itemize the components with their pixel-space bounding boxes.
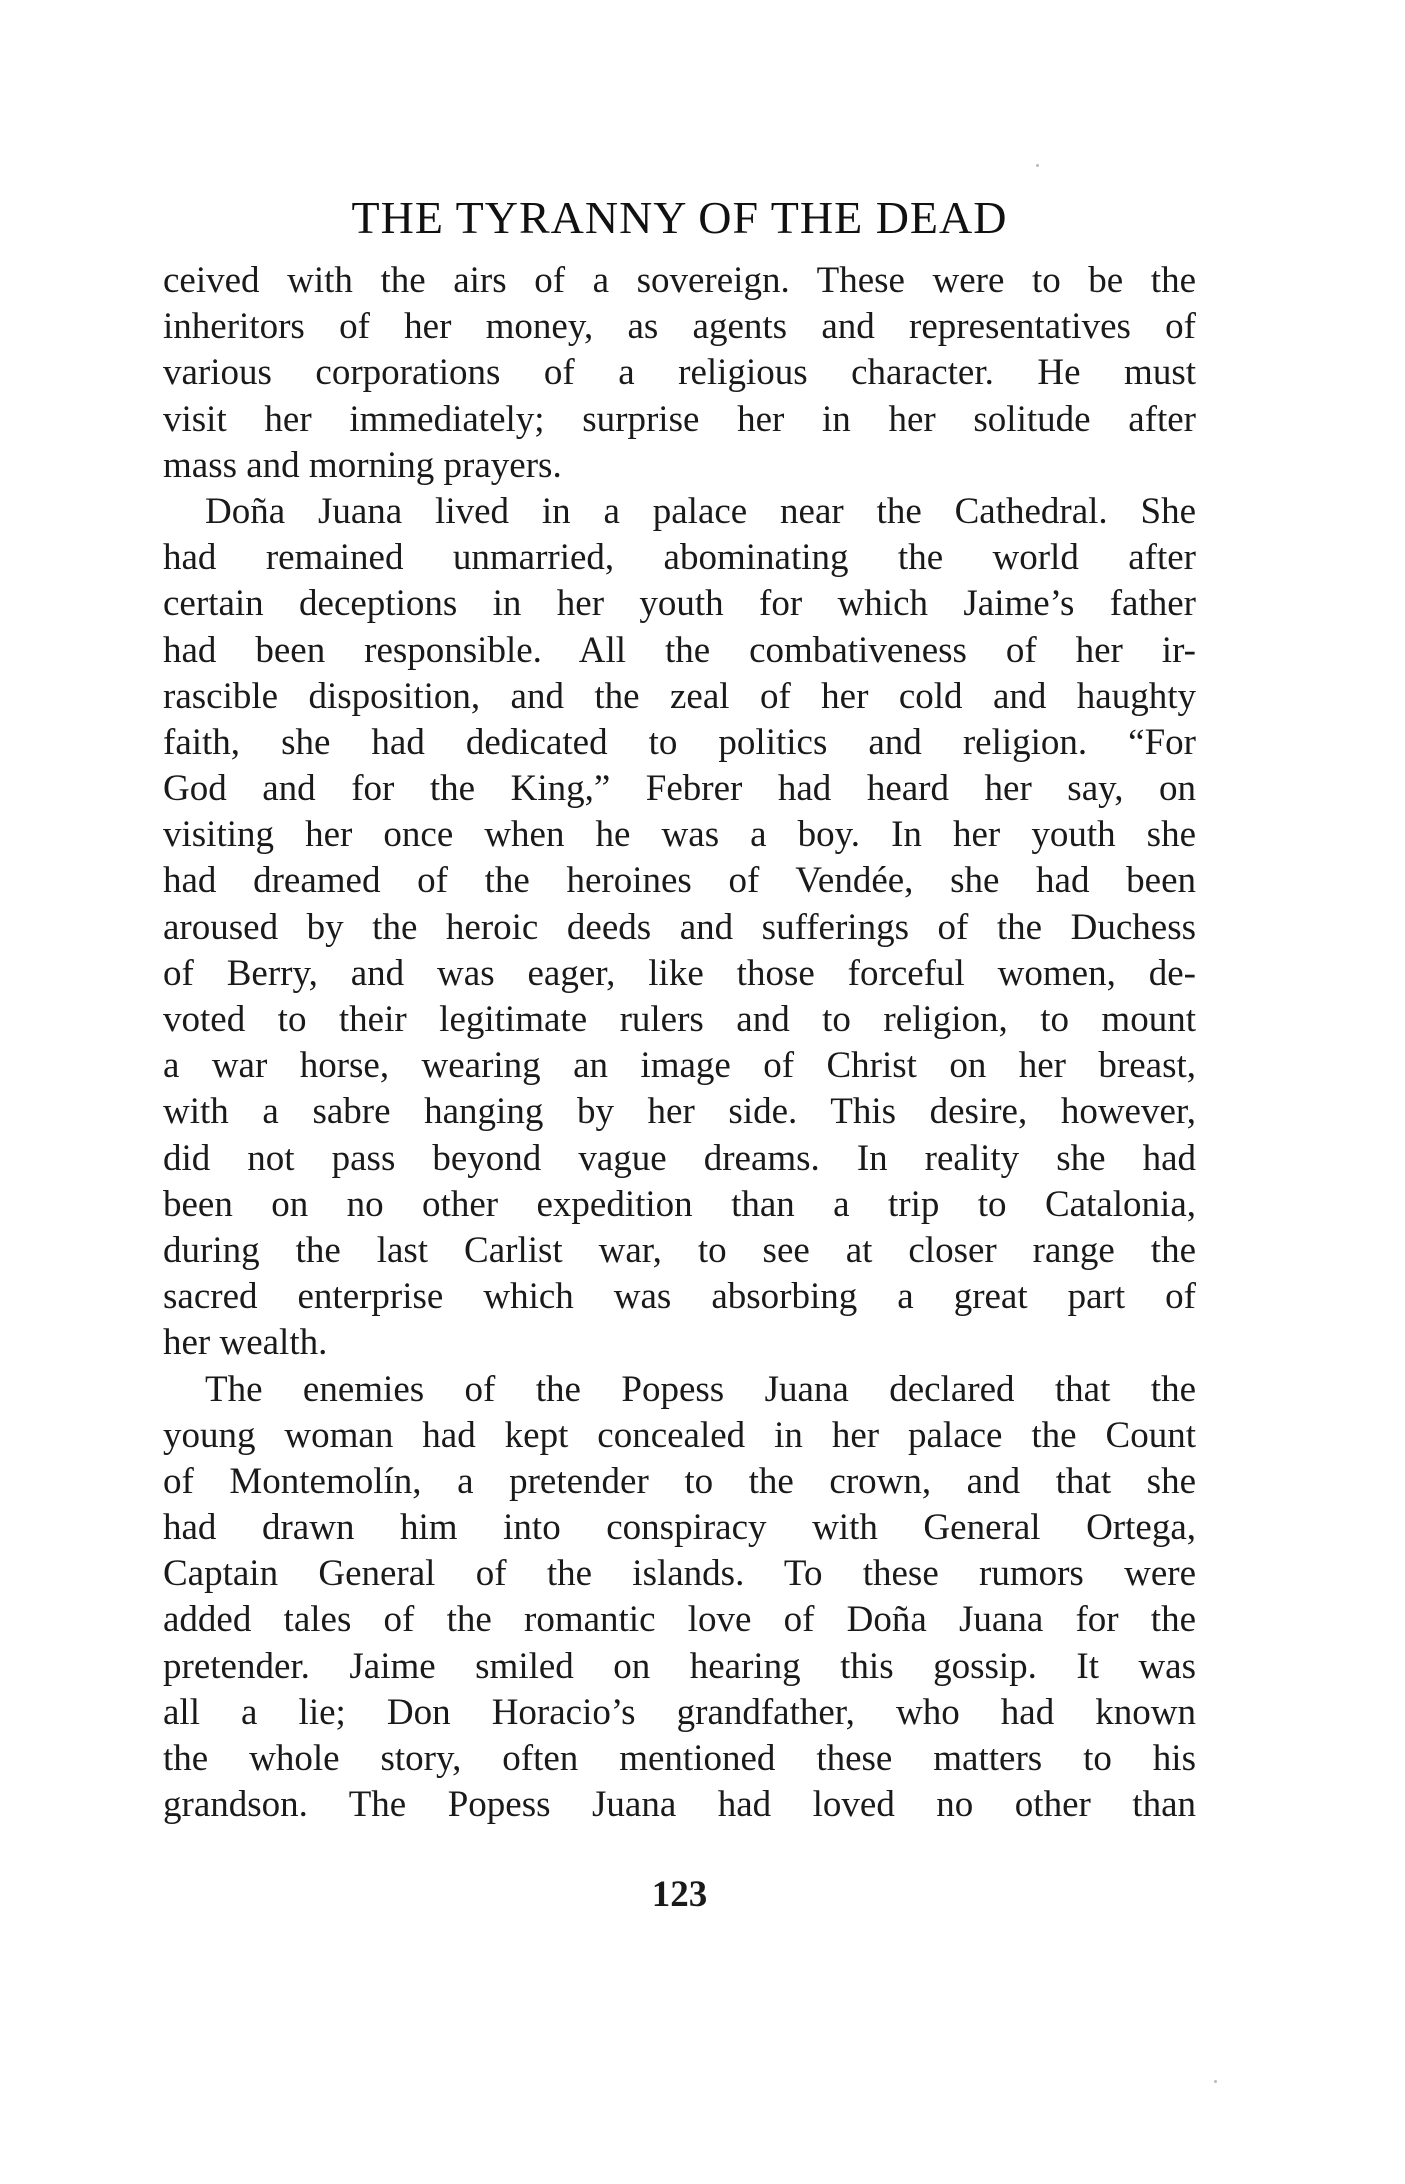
text-line: of Montemolín, a pretender to the crown,…: [163, 1459, 1196, 1505]
text-line: during the last Carlist war, to see at c…: [163, 1228, 1196, 1274]
text-line: had drawn him into conspiracy with Gener…: [163, 1505, 1196, 1551]
text-line: aroused by the heroic deeds and sufferin…: [163, 905, 1196, 951]
paragraph-start-line: Doña Juana lived in a palace near the Ca…: [163, 489, 1196, 535]
text-line: of Berry, and was eager, like those forc…: [163, 951, 1196, 997]
text-line: with a sabre hanging by her side. This d…: [163, 1089, 1196, 1135]
text-line: did not pass beyond vague dreams. In rea…: [163, 1136, 1196, 1182]
scan-speck: [1214, 2080, 1217, 2083]
scan-speck: [1036, 164, 1039, 167]
text-line: ceived with the airs of a sovereign. The…: [163, 258, 1196, 304]
text-line: been on no other expedition than a trip …: [163, 1182, 1196, 1228]
text-line: mass and morning prayers.: [163, 443, 1196, 489]
text-line: had dreamed of the heroines of Vendée, s…: [163, 858, 1196, 904]
text-line: voted to their legitimate rulers and to …: [163, 997, 1196, 1043]
text-line: added tales of the romantic love of Doña…: [163, 1597, 1196, 1643]
text-line: visiting her once when he was a boy. In …: [163, 812, 1196, 858]
body-text: ceived with the airs of a sovereign. The…: [163, 258, 1196, 1828]
text-line: visit her immediately; surprise her in h…: [163, 397, 1196, 443]
text-line: had remained unmarried, abominating the …: [163, 535, 1196, 581]
text-line: grandson. The Popess Juana had loved no …: [163, 1782, 1196, 1828]
text-line: inheritors of her money, as agents and r…: [163, 304, 1196, 350]
text-line: God and for the King,” Febrer had heard …: [163, 766, 1196, 812]
paragraph-start-line: The enemies of the Popess Juana declared…: [163, 1367, 1196, 1413]
text-line: the whole story, often mentioned these m…: [163, 1736, 1196, 1782]
text-line: Captain General of the islands. To these…: [163, 1551, 1196, 1597]
book-page: THE TYRANNY OF THE DEAD ceived with the …: [0, 0, 1405, 2184]
text-line: had been responsible. All the combativen…: [163, 628, 1196, 674]
text-line: various corporations of a religious char…: [163, 350, 1196, 396]
text-line: rascible disposition, and the zeal of he…: [163, 674, 1196, 720]
text-line: a war horse, wearing an image of Christ …: [163, 1043, 1196, 1089]
running-head: THE TYRANNY OF THE DEAD: [163, 190, 1196, 246]
text-line: all a lie; Don Horacio’s grandfather, wh…: [163, 1690, 1196, 1736]
text-line: certain deceptions in her youth for whic…: [163, 581, 1196, 627]
text-line: her wealth.: [163, 1320, 1196, 1366]
page-number: 123: [163, 1872, 1196, 1918]
text-line: faith, she had dedicated to politics and…: [163, 720, 1196, 766]
text-line: sacred enterprise which was absorbing a …: [163, 1274, 1196, 1320]
text-line: young woman had kept concealed in her pa…: [163, 1413, 1196, 1459]
text-line: pretender. Jaime smiled on hearing this …: [163, 1644, 1196, 1690]
